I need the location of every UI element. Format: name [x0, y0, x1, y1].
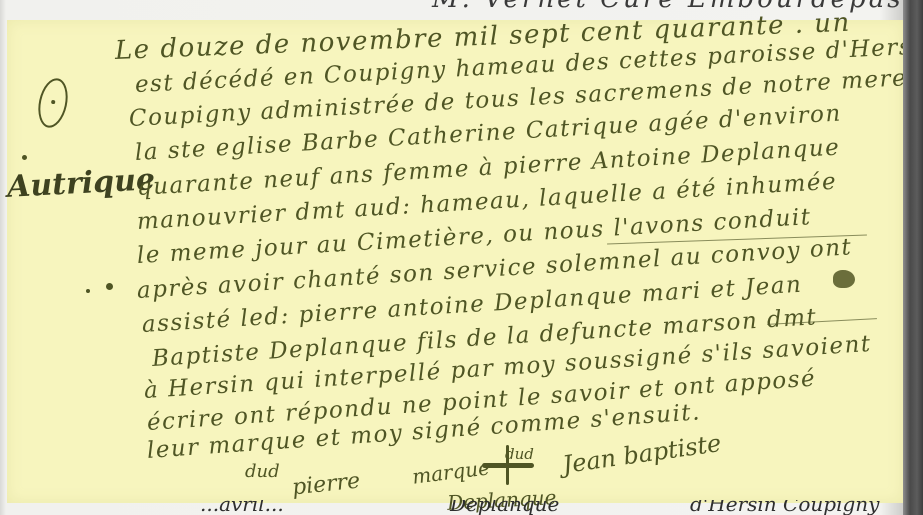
signature-jean-baptiste: Jean baptiste — [561, 429, 723, 479]
register-page: M. Vernet Curé Embourdepas. Autrique Le … — [0, 0, 923, 515]
next-entry-text-1: ...avril... — [200, 500, 284, 515]
signature-pierre: pierre — [291, 469, 361, 501]
ink-blot — [833, 270, 855, 288]
ink-dot — [22, 155, 27, 160]
signature-dud-label-cross: dud — [505, 445, 534, 463]
next-entry-text-3: d'Hersin Coupigny — [690, 500, 879, 515]
ink-dot — [106, 283, 113, 290]
next-entry-fragment: ...avril... Deplanque d'Hersin Coupigny — [0, 500, 903, 515]
signature-dud-label-left: dud — [245, 461, 280, 482]
next-entry-text-2: Deplanque — [450, 500, 559, 515]
margin-oval-symbol-icon — [34, 76, 72, 131]
book-binding-edge — [903, 0, 923, 515]
signature-marque: marque — [411, 455, 491, 488]
cross-mark-vertical-icon — [506, 445, 509, 485]
highlighted-burial-entry: Autrique Le douze de novembre mil sept c… — [7, 20, 903, 503]
ink-dot — [86, 289, 90, 293]
margin-surname: Autrique — [6, 162, 156, 205]
